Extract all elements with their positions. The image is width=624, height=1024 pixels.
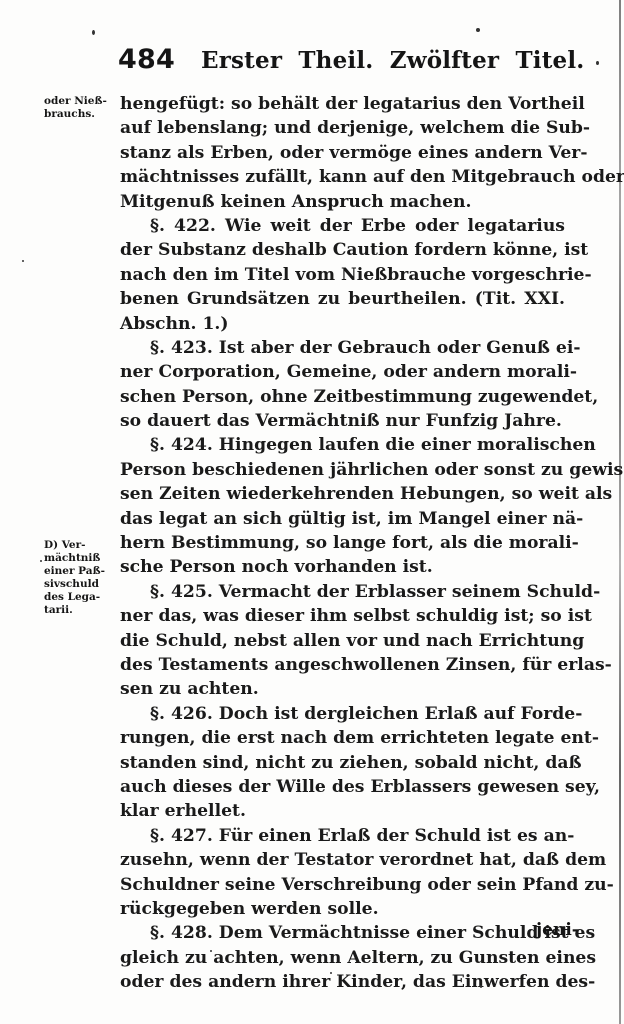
text-line: ner Corporation, Gemeine, oder andern mo… xyxy=(120,360,565,384)
text-line: schen Person, ohne Zeitbestimmung zugewe… xyxy=(120,385,565,409)
text-line: auch dieses der Wille des Erblassers gew… xyxy=(120,775,565,799)
text-line: die Schuld, nebst allen vor und nach Err… xyxy=(120,629,565,653)
margin-note-line: D) Ver- xyxy=(44,539,110,552)
margin-note-line: des Lega- xyxy=(44,591,110,604)
text-line: mächtnisses zufällt, kann auf den Mitgeb… xyxy=(120,165,565,189)
text-line: hengefügt: so behält der legatarius den … xyxy=(120,92,565,116)
text-line: ner das, was dieser ihm selbst schuldig … xyxy=(120,604,565,628)
text-line: das legat an sich gültig ist, im Mangel … xyxy=(120,507,565,531)
margin-note-line: brauchs. xyxy=(44,108,114,121)
text-line: rungen, die erst nach dem errichteten le… xyxy=(120,726,565,750)
margin-note-line: sivschuld xyxy=(44,578,110,591)
text-line: hern Bestimmung, so lange fort, als die … xyxy=(120,531,565,555)
text-line: des Testaments angeschwollenen Zinsen, f… xyxy=(120,653,565,677)
text-line: auf lebenslang; und derjenige, welchem d… xyxy=(120,116,565,140)
text-line: Abschn. 1.) xyxy=(120,312,565,336)
margin-note-line: oder Nieß- xyxy=(44,95,114,108)
page-edge-shadow xyxy=(619,0,621,1024)
text-line: so dauert das Vermächtniß nur Funfzig Ja… xyxy=(120,409,565,433)
text-line: rückgegeben werden solle. xyxy=(120,897,565,921)
paragraph-start-425: §. 425. Vermacht der Erblasser seinem Sc… xyxy=(120,580,565,604)
text-line: Mitgenuß keinen Anspruch machen. xyxy=(120,190,565,214)
catchword: jeni- xyxy=(536,920,579,940)
paragraph-start-426: §. 426. Doch ist dergleichen Erlaß auf F… xyxy=(120,702,565,726)
scanned-page: 484 Erster Theil. Zwölfter Titel. oder N… xyxy=(0,0,624,1024)
text-line: oder des andern ihrer Kinder, das Einwer… xyxy=(120,970,565,994)
text-line: sen Zeiten wiederkehrenden Hebungen, so … xyxy=(120,482,565,506)
paragraph-start-424: §. 424. Hingegen laufen die einer morali… xyxy=(120,433,565,457)
text-line: gleich zu achten, wenn Aeltern, zu Gunst… xyxy=(120,946,565,970)
text-line: der Substanz deshalb Caution fordern kön… xyxy=(120,238,565,262)
text-line: stanz als Erben, oder vermöge eines ande… xyxy=(120,141,565,165)
text-line: Schuldner seine Verschreibung oder sein … xyxy=(120,873,565,897)
paragraph-start-428: §. 428. Dem Vermächtnisse einer Schuld i… xyxy=(120,921,565,945)
running-title: Erster Theil. Zwölfter Titel. xyxy=(201,47,585,74)
margin-note-passivschuld: D) Ver- mächtniß einer Paß- sivschuld de… xyxy=(44,539,110,617)
paragraph-start-427: §. 427. Für einen Erlaß der Schuld ist e… xyxy=(120,824,565,848)
paragraph-start-422: §. 422. Wie weit der Erbe oder legatariu… xyxy=(120,214,565,238)
text-line: standen sind, nicht zu ziehen, sobald ni… xyxy=(120,751,565,775)
text-line: benen Grundsätzen zu beurtheilen. (Tit. … xyxy=(120,287,565,311)
text-line: klar erhellet. xyxy=(120,799,565,823)
text-line: sche Person noch vorhanden ist. xyxy=(120,555,565,579)
running-header: 484 Erster Theil. Zwölfter Titel. xyxy=(118,44,585,80)
paragraph-start-423: §. 423. Ist aber der Gebrauch oder Genuß… xyxy=(120,336,565,360)
text-line: sen zu achten. xyxy=(120,677,565,701)
page-number: 484 xyxy=(118,44,175,75)
margin-note-line: einer Paß- xyxy=(44,565,110,578)
text-line: nach den im Titel vom Nießbrauche vorges… xyxy=(120,263,565,287)
text-line: zusehn, wenn der Testator verordnet hat,… xyxy=(120,848,565,872)
margin-note-niessbrauch: oder Nieß- brauchs. xyxy=(44,95,114,121)
body-text: hengefügt: so behält der legatarius den … xyxy=(120,92,565,994)
text-line: Person beschiedenen jährlichen oder sons… xyxy=(120,458,565,482)
margin-note-line: mächtniß xyxy=(44,552,110,565)
margin-note-line: tarii. xyxy=(44,604,110,617)
